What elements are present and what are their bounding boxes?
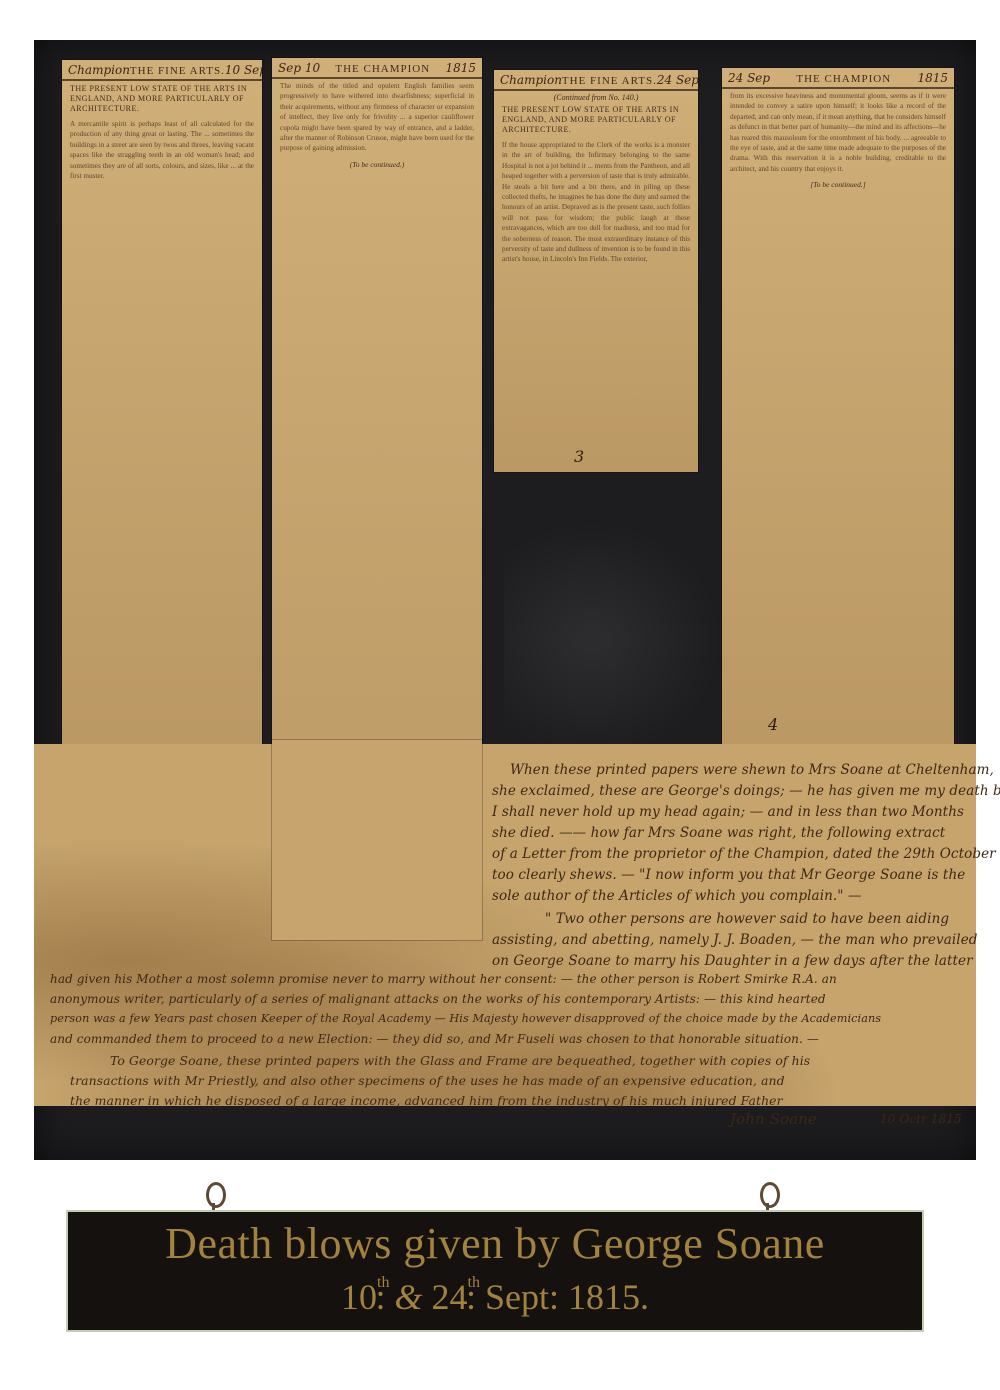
sign-ordinal-1: th <box>377 1274 389 1291</box>
letter-line-3: I shall never hold up my head again; — a… <box>492 804 964 820</box>
handwritten-date: 24 Sept 1815 <box>657 73 698 87</box>
clipping-heading: THE PRESENT LOW STATE OF THE ARTS IN ENG… <box>62 81 262 117</box>
signature-date: 10 Octr 1815 <box>880 1112 962 1126</box>
clipping-body: The minds of the titled and opulent Engl… <box>272 79 482 156</box>
letter-line-15: To George Soane, these printed papers wi… <box>110 1053 810 1068</box>
page-number: 3 <box>574 447 584 466</box>
sign-ampersand: & <box>394 1277 422 1317</box>
newspaper-clipping-3: Champion THE FINE ARTS. 24 Sept 1815 (Co… <box>494 70 698 472</box>
clipping-header: Sep 10 THE CHAMPION 1815 <box>272 58 482 79</box>
hanging-hook-left <box>206 1182 226 1208</box>
clipping-header: Champion THE FINE ARTS. 10 Sep 1815 <box>62 60 262 81</box>
clipping-title: THE FINE ARTS. <box>130 65 225 77</box>
clipping-subtitle: (Continued from No. 140.) <box>494 93 698 102</box>
handwritten-date: Sep 10 <box>278 61 320 75</box>
letter-line-4: she died. —— how far Mrs Soane was right… <box>492 825 945 841</box>
letter-line-6: too clearly shews. — "I now inform you t… <box>492 867 965 883</box>
clipping-heading: THE PRESENT LOW STATE OF THE ARTS IN ENG… <box>494 102 698 138</box>
clipping-body: A mercantile spirit is perhaps least of … <box>62 117 262 183</box>
handwritten-year: 1815 <box>917 71 948 85</box>
letter-line-10: on George Soane to marry his Daughter in… <box>492 953 973 969</box>
clipping-header: 24 Sep THE CHAMPION 1815 <box>722 68 954 89</box>
clipping-2-overlay: The minds of the titled and opulent Engl… <box>272 740 482 940</box>
letter-line-14: and commanded them to proceed to a new E… <box>50 1032 819 1046</box>
signature: John Soane <box>730 1110 817 1128</box>
letter-line-16: transactions with Mr Priestly, and also … <box>70 1073 785 1088</box>
letter-line-2: she exclaimed, these are George's doings… <box>492 783 1000 799</box>
letter-line-11: had given his Mother a most solemn promi… <box>50 972 837 986</box>
handwritten-source: Champion <box>68 63 130 77</box>
letter-line-1: When these printed papers were shewn to … <box>510 762 994 778</box>
to-be-continued: (To be continued.) <box>272 156 482 169</box>
newspaper-clipping-1: Champion THE FINE ARTS. 10 Sep 1815 THE … <box>62 60 262 746</box>
handwritten-date: 24 Sep <box>728 71 770 85</box>
handwritten-source: Champion <box>500 73 562 87</box>
hanging-hook-right <box>760 1182 780 1208</box>
letter-line-9: assisting, and abetting, namely J. J. Bo… <box>492 932 978 948</box>
sign-date-line: 10th: & 24th: Sept: 1815. <box>66 1274 924 1318</box>
newspaper-clipping-4: 24 Sep THE CHAMPION 1815 from its excess… <box>722 68 954 744</box>
to-be-continued: [To be continued.] <box>722 176 954 189</box>
letter-line-8: " Two other persons are however said to … <box>545 911 949 927</box>
sign-title: Death blows given by George Soane <box>66 1218 924 1269</box>
letter-line-17: the manner in which he disposed of a lar… <box>70 1093 783 1108</box>
letter-line-13: person was a few Years past chosen Keepe… <box>50 1012 881 1025</box>
sign-ordinal-2: th <box>468 1274 480 1291</box>
letter-line-12: anonymous writer, particularly of a seri… <box>50 992 826 1006</box>
handwritten-year: 1815 <box>445 61 476 75</box>
painted-sign-board: Death blows given by George Soane 10th: … <box>66 1210 924 1332</box>
clipping-body: If the house appropriated to the Clerk o… <box>494 138 698 267</box>
sign-month-year: Sept: 1815. <box>485 1277 649 1317</box>
clipping-title: THE FINE ARTS. <box>562 75 657 87</box>
clipping-body: from its excessive heaviness and monumen… <box>722 89 954 176</box>
clipping-title: THE CHAMPION <box>335 63 430 75</box>
clipping-title: THE CHAMPION <box>796 73 891 85</box>
sign-day-1: 10 <box>341 1277 377 1317</box>
letter-line-5: of a Letter from the proprietor of the C… <box>492 846 1000 862</box>
clipping-header: Champion THE FINE ARTS. 24 Sept 1815 <box>494 70 698 91</box>
page-number: 4 <box>768 715 778 734</box>
sign-day-2: 24 <box>432 1277 468 1317</box>
handwritten-date: 10 Sep 1815 <box>225 63 262 77</box>
letter-line-7: sole author of the Articles of which you… <box>492 888 862 904</box>
